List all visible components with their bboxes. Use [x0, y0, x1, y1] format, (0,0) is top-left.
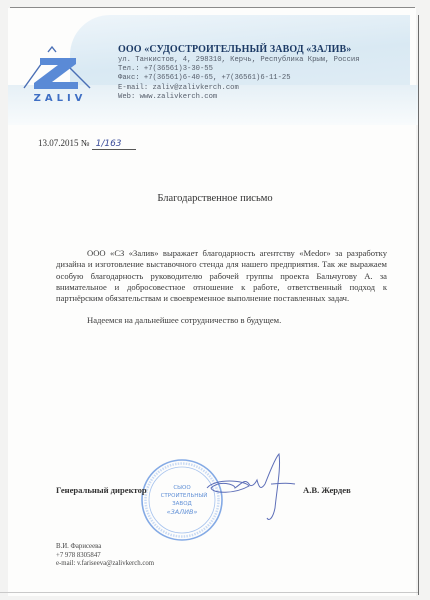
company-name: ООО «СУДОСТРОИТЕЛЬНЫЙ ЗАВОД «ЗАЛИВ»: [118, 44, 351, 55]
company-fax: Факс: +7(36561)6-40-65, +7(36561)6-11-25: [118, 74, 360, 83]
letter-date: 13.07.2015: [38, 138, 79, 148]
company-website: Web: www.zalivkerch.com: [118, 93, 360, 102]
date-and-number: 13.07.2015 № 1/163: [38, 138, 136, 150]
company-address: ул. Танкистов, 4, 298310, Керчь, Республ…: [118, 56, 360, 65]
svg-text:СЫОО: СЫОО: [173, 485, 191, 491]
letter-body: ООО «СЗ «Залив» выражает благодарность а…: [56, 248, 387, 327]
body-paragraph-2: Надеемся на дальнейшее сотрудничество в …: [56, 315, 387, 326]
letter-number: 1/163: [92, 139, 136, 150]
executor-contact: В.И. Фарисеева +7 978 8305847 e-mail: v.…: [56, 543, 154, 569]
signer-name: А.В. Жердев: [303, 485, 351, 495]
signer-position: Генеральный директор: [56, 485, 147, 495]
company-contacts: ул. Танкистов, 4, 298310, Керчь, Республ…: [118, 56, 360, 102]
body-paragraph-1: ООО «СЗ «Залив» выражает благодарность а…: [56, 248, 387, 304]
executor-phone: +7 978 8305847: [56, 552, 154, 561]
svg-text:СТРОИТЕЛЬНЫЙ: СТРОИТЕЛЬНЫЙ: [161, 492, 208, 499]
company-email: E-mail: zaliv@zalivkerch.com: [118, 84, 360, 93]
svg-text:«ЗАЛИВ»: «ЗАЛИВ»: [167, 508, 198, 516]
number-label: №: [81, 138, 90, 148]
executor-name: В.И. Фарисеева: [56, 543, 154, 552]
zaliv-logo-icon: ZALIV: [18, 44, 102, 104]
executor-email: e-mail: v.fariseeva@zalivkerch.com: [56, 560, 154, 569]
svg-text:ЗАВОД: ЗАВОД: [172, 501, 192, 507]
svg-text:ZALIV: ZALIV: [34, 93, 87, 104]
scan-right-edge: [418, 15, 419, 595]
company-phone: Тел.: +7(36561)3-30-55: [118, 65, 360, 74]
scan-top-edge: [10, 7, 415, 8]
scan-bottom-edge: [0, 592, 418, 593]
letter-title: Благодарственное письмо: [0, 193, 430, 204]
handwritten-signature-icon: [205, 448, 300, 528]
